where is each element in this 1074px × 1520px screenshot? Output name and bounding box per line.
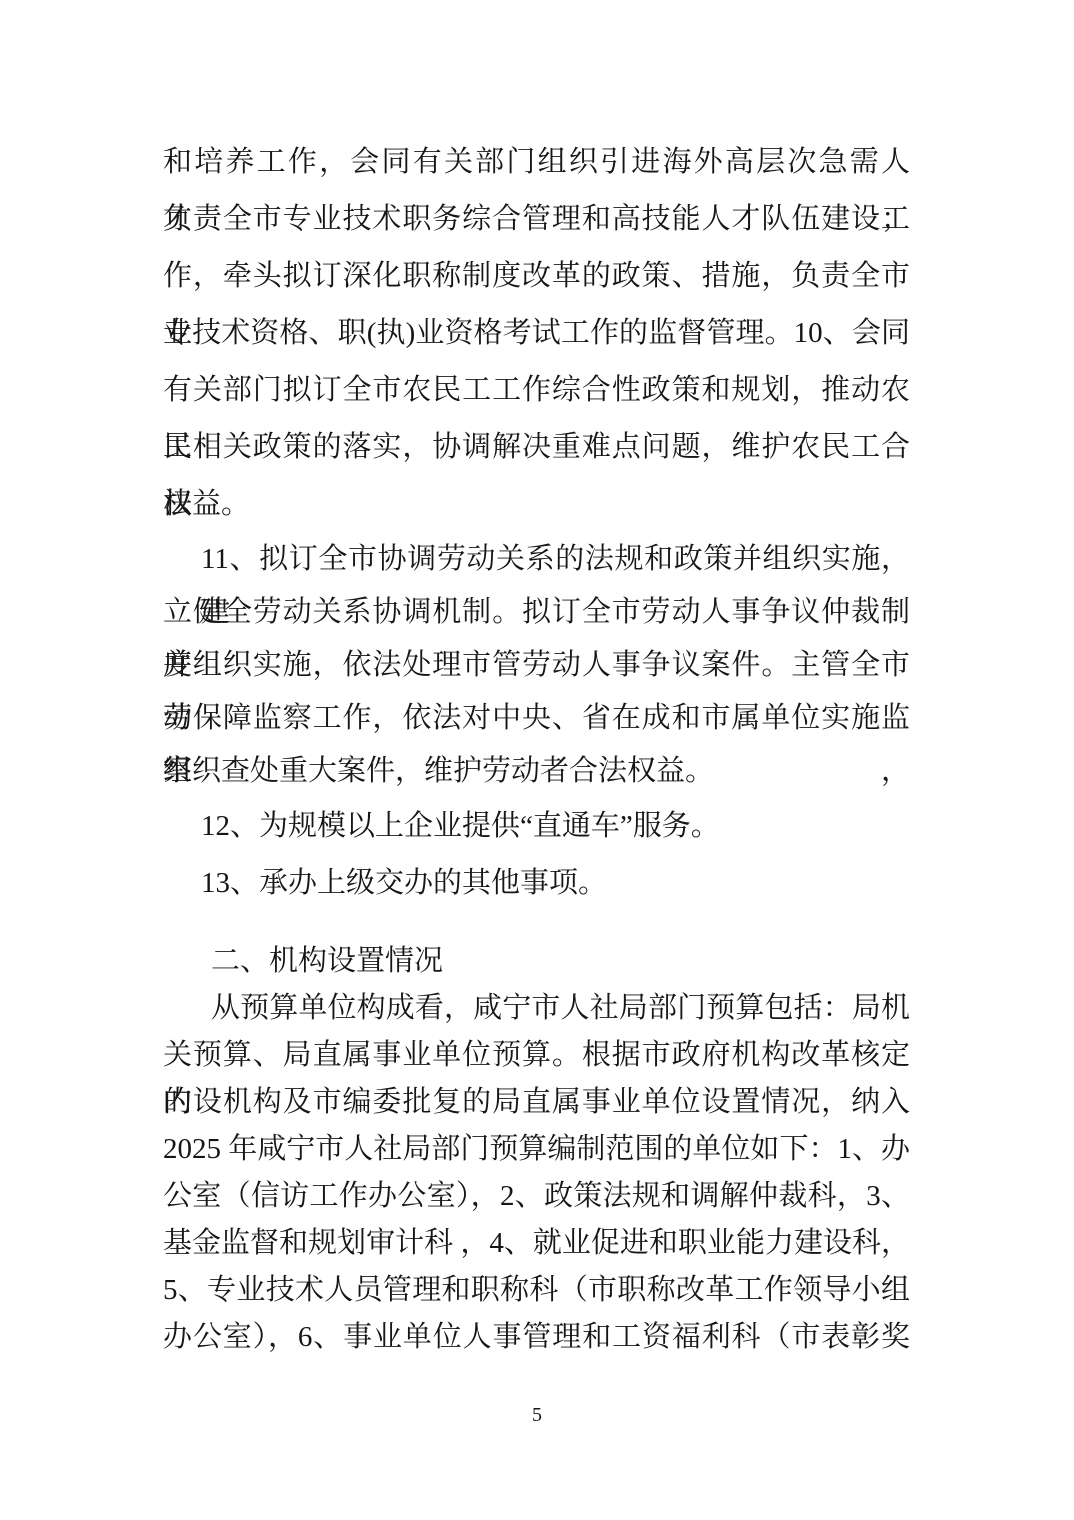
doc-line: 和培养工作，会同有关部门组织引进海外高层次急需人才； bbox=[163, 134, 910, 191]
doc-line: 权益。 bbox=[163, 476, 910, 533]
doc-line: 基金监督和规划审计科 ，4、就业促进和职业能力建设科， bbox=[163, 1220, 910, 1267]
doc-line: 关预算、局直属事业单位预算。根据市政府机构改革核定的 bbox=[163, 1032, 910, 1079]
doc-line: 5、专业技术人员管理和职称科（市职称改革工作领导小组 bbox=[163, 1267, 910, 1314]
doc-line: 立健全劳动关系协调机制。拟订全市劳动人事争议仲裁制度 bbox=[163, 586, 910, 639]
document-body: 和培养工作，会同有关部门组织引进海外高层次急需人才； 负责全市专业技术职务综合管… bbox=[163, 134, 910, 1361]
doc-line: 作，牵头拟订深化职称制度改革的政策、措施，负责全市专 bbox=[163, 248, 910, 305]
doc-line: 从预算单位构成看，咸宁市人社局部门预算包括：局机 bbox=[163, 985, 910, 1032]
document-page: 和培养工作，会同有关部门组织引进海外高层次急需人才； 负责全市专业技术职务综合管… bbox=[0, 0, 1074, 1520]
page-number: 5 bbox=[0, 1404, 1074, 1427]
doc-line: 内设机构及市编委批复的局直属事业单位设置情况，纳入 bbox=[163, 1079, 910, 1126]
doc-line: 并组织实施，依法处理市管劳动人事争议案件。主管全市劳 bbox=[163, 639, 910, 692]
doc-line: 有关部门拟订全市农民工工作综合性政策和规划，推动农民 bbox=[163, 362, 910, 419]
doc-line: 2025 年咸宁市人社局部门预算编制范围的单位如下：1、办 bbox=[163, 1126, 910, 1173]
doc-line: 办公室），6、事业单位人事管理和工资福利科（市表彰奖 bbox=[163, 1314, 910, 1361]
doc-line: 工相关政策的落实，协调解决重难点问题，维护农民工合法 bbox=[163, 419, 910, 476]
doc-line: 12、为规模以上企业提供“直通车”服务。 bbox=[163, 798, 910, 855]
doc-line: 业技术资格、职(执)业资格考试工作的监督管理。10、会同 bbox=[163, 305, 910, 362]
doc-line: 13、承办上级交办的其他事项。 bbox=[163, 855, 910, 912]
section-heading: 二、机构设置情况 bbox=[163, 938, 910, 985]
doc-line: 动保障监察工作，依法对中央、省在成和市属单位实施监察， bbox=[163, 692, 910, 745]
doc-line: 11、拟订全市协调劳动关系的法规和政策并组织实施，建 bbox=[163, 533, 910, 586]
doc-line: 公室（信访工作办公室），2、政策法规和调解仲裁科，3、 bbox=[163, 1173, 910, 1220]
doc-line: 负责全市专业技术职务综合管理和高技能人才队伍建设工 bbox=[163, 191, 910, 248]
